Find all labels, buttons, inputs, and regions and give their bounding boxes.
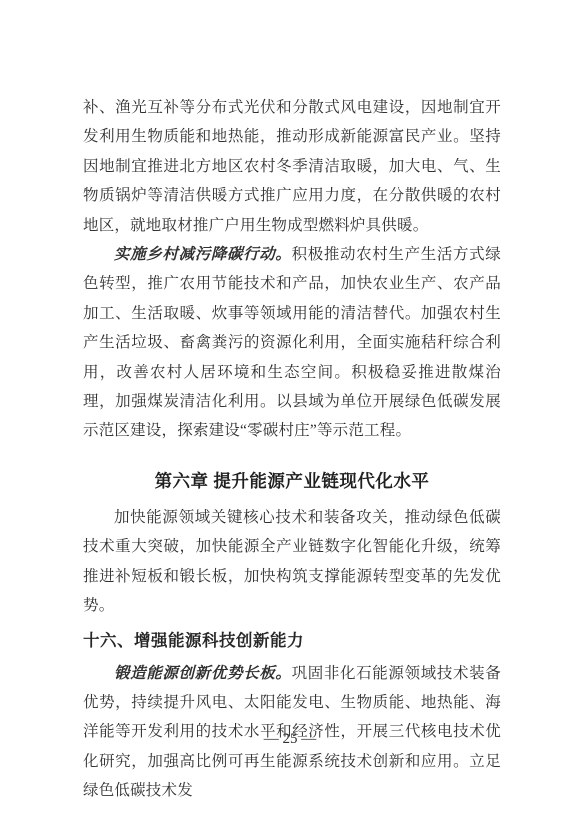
- chapter-heading: 第六章 提升能源产业链现代化水平: [83, 468, 501, 494]
- document-page: 补、渔光互补等分布式光伏和分散式风电建设，因地制宜开发利用生物质能和地热能，推动…: [0, 0, 580, 820]
- page-number: — 25 —: [0, 729, 580, 749]
- paragraph-text: 积极推动农村生产生活方式绿色转型，推广农用节能技术和产品，加快农业生产、农产品加…: [83, 246, 501, 439]
- paragraph: 实施乡村减污降碳行动。积极推动农村生产生活方式绿色转型，推广农用节能技术和产品，…: [83, 240, 501, 446]
- paragraph-lead-phrase: 实施乡村减污降碳行动。: [114, 246, 292, 263]
- paragraph-continuation: 补、渔光互补等分布式光伏和分散式风电建设，因地制宜开发利用生物质能和地热能，推动…: [83, 93, 501, 240]
- paragraph-lead-phrase: 锻造能源创新优势长板。: [114, 665, 292, 682]
- document-content: 补、渔光互补等分布式光伏和分散式风电建设，因地制宜开发利用生物质能和地热能，推动…: [83, 93, 501, 806]
- paragraph: 加快能源领域关键核心技术和装备攻关，推动绿色低碳技术重大突破，加快能源全产业链数…: [83, 503, 501, 621]
- section-heading: 十六、增强能源科技创新能力: [83, 629, 501, 653]
